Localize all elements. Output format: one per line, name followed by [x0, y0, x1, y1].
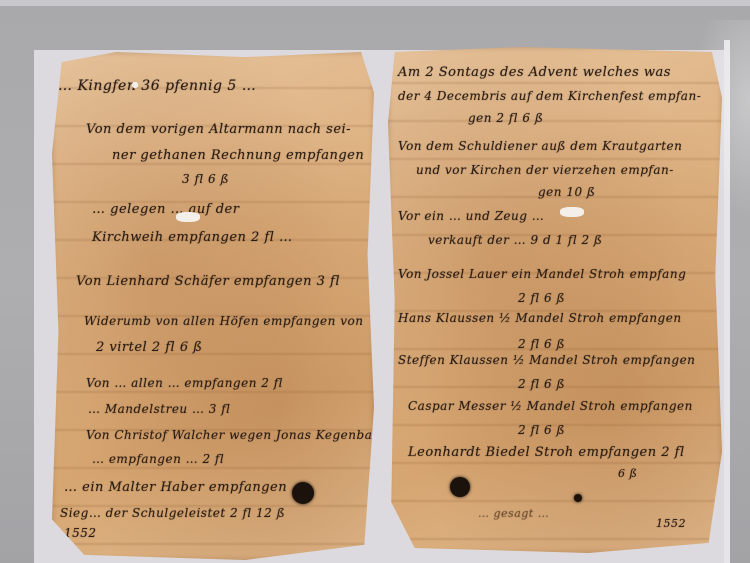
ink-blot — [292, 482, 314, 504]
manuscript-line: … gesagt … — [478, 507, 549, 520]
manuscript-line: … ein Malter Haber empfangen — [64, 480, 287, 495]
wall-top-edge — [0, 0, 750, 6]
manuscript-line: Von dem vorigen Altarmann nach sei- — [86, 122, 351, 137]
manuscript-line: … empfangen … 2 fl — [92, 452, 224, 466]
manuscript-line: 2 fl 6 ß — [518, 377, 565, 391]
manuscript-line: Hans Klaussen ½ Mandel Stroh empfangen — [398, 311, 682, 325]
manuscript-line: Leonhardt Biedel Stroh empfangen 2 fl — [408, 445, 685, 460]
manuscript-line: gen 10 ß — [538, 185, 595, 199]
manuscript-line: Caspar Messer ½ Mandel Stroh empfangen — [408, 399, 693, 413]
manuscript-line: Vor ein … und Zeug … — [398, 209, 544, 223]
manuscript-line: Widerumb von allen Höfen empfangen von — [84, 314, 363, 328]
manuscript-line: Von Jossel Lauer ein Mandel Stroh empfan… — [398, 267, 686, 281]
ink-dot — [574, 494, 582, 502]
manuscript-line: Von Lienhard Schäfer empfangen 3 fl — [76, 274, 340, 289]
manuscript-line: Von dem Schuldiener auß dem Krautgarten — [398, 139, 682, 153]
manuscript-line: … gelegen … auf der — [92, 202, 239, 217]
manuscript-right-sheet: Am 2 Sontags des Advent welches was der … — [388, 47, 722, 553]
manuscript-line: 2 virtel 2 fl 6 ß — [96, 340, 202, 355]
manuscript-line: der 4 Decembris auf dem Kirchenfest empf… — [398, 89, 701, 103]
paper-hole — [132, 82, 138, 88]
manuscript-line: Von … allen … empfangen 2 fl — [86, 376, 283, 390]
manuscript-line: Kirchweih empfangen 2 fl … — [92, 230, 293, 245]
manuscript-line: 6 ß — [618, 467, 637, 480]
manuscript-left-sheet: … Kingfen 36 pfennig 5 … Von dem vorigen… — [52, 52, 374, 560]
manuscript-line: gen 2 fl 6 ß — [468, 111, 543, 125]
manuscript-line: 2 fl 6 ß — [518, 291, 565, 305]
manuscript-year: 1552 — [64, 526, 97, 540]
manuscript-line: … Mandelstreu … 3 fl — [88, 402, 231, 416]
manuscript-line: Steffen Klaussen ½ Mandel Stroh empfange… — [398, 353, 695, 367]
manuscript-line: Sieg… der Schulgeleistet 2 fl 12 ß — [60, 506, 285, 520]
manuscript-line: 2 fl 6 ß — [518, 423, 565, 437]
manuscript-line: Von Christof Walcher wegen Jonas Kegenba… — [86, 428, 388, 442]
manuscript-line: und vor Kirchen der vierzehen empfan- — [416, 163, 674, 177]
manuscript-line: ner gethanen Rechnung empfangen — [112, 148, 364, 163]
manuscript-year: 1552 — [656, 517, 686, 530]
manuscript-line: 2 fl 6 ß — [518, 337, 565, 351]
manuscript-line: 3 fl 6 ß — [182, 172, 229, 186]
paper-hole — [176, 212, 200, 222]
manuscript-line: verkauft der … 9 d 1 fl 2 ß — [428, 233, 602, 247]
paper-hole — [560, 207, 584, 217]
ink-blot — [450, 477, 470, 497]
manuscript-line: … Kingfen 36 pfennig 5 … — [58, 78, 256, 94]
manuscript-line: Am 2 Sontags des Advent welches was — [398, 65, 671, 80]
